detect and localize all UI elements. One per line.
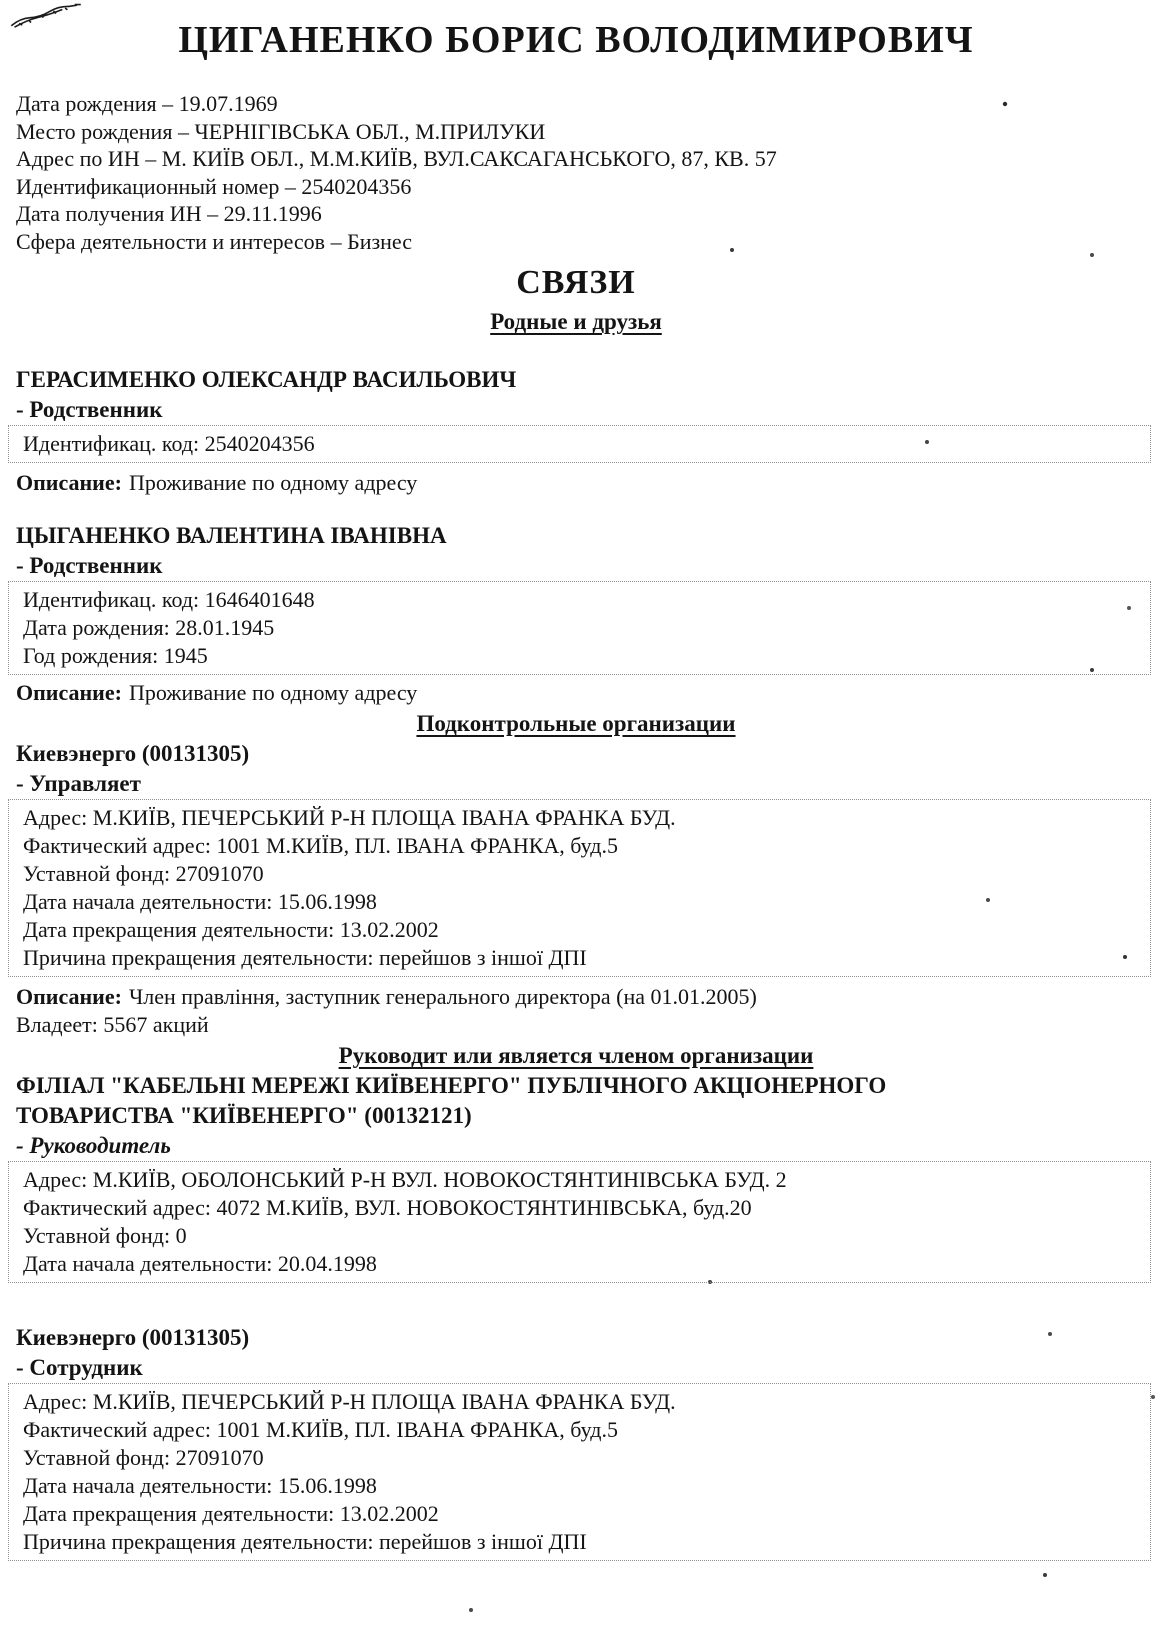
relative-description: Описание:Проживание по одному адресу — [16, 679, 1136, 707]
relatives-subheading: Родные и друзья — [16, 307, 1136, 337]
relative-details-box: Идентификац. код: 2540204356 — [8, 425, 1151, 463]
info-birth-date: Дата рождения – 19.07.1969 — [16, 90, 1136, 118]
description-text: Проживание по одному адресу — [129, 680, 417, 705]
org-role: - Сотрудник — [16, 1353, 1136, 1383]
detail-line: Год рождения: 1945 — [23, 642, 1146, 670]
relative-name: ЦЫГАНЕНКО ВАЛЕНТИНА ІВАНІВНА — [16, 521, 981, 551]
detail-line: Уставной фонд: 27091070 — [23, 1444, 1146, 1472]
detail-line: Дата начала деятельности: 20.04.1998 — [23, 1250, 1146, 1278]
description-label: Описание: — [16, 680, 122, 705]
relative-relation: - Родственник — [16, 551, 1136, 581]
connections-heading: СВЯЗИ — [16, 263, 1136, 303]
relative-relation: - Родственник — [16, 395, 1136, 425]
relative-details-box: Идентификац. код: 1646401648 Дата рожден… — [8, 581, 1151, 675]
detail-line: Адрес: М.КИЇВ, ПЕЧЕРСЬКИЙ Р-Н ПЛОЩА ІВАН… — [23, 1388, 1146, 1416]
detail-line: Фактический адрес: 1001 М.КИЇВ, ПЛ. ІВАН… — [23, 832, 1146, 860]
member-org-section: Киевэнерго (00131305) - Сотрудник Адрес:… — [16, 1323, 1136, 1561]
detail-line: Дата начала деятельности: 15.06.1998 — [23, 888, 1146, 916]
scan-noise-specks — [0, 0, 2, 2]
controlled-orgs-heading: Подконтрольные организации — [16, 709, 1136, 739]
scanned-document-page: ЦИГАНЕНКО БОРИС ВОЛОДИМИРОВИЧ Дата рожде… — [0, 0, 1176, 1628]
detail-line: Идентификац. код: 2540204356 — [23, 430, 1146, 458]
relative-section: ЦЫГАНЕНКО ВАЛЕНТИНА ІВАНІВНА - Родственн… — [16, 521, 1136, 707]
info-birth-place: Место рождения – ЧЕРНІГІВСЬКА ОБЛ., М.ПР… — [16, 118, 1136, 146]
info-activity-sphere: Сфера деятельности и интересов – Бизнес — [16, 228, 1136, 256]
org-name: Киевэнерго (00131305) — [16, 739, 981, 769]
detail-line: Адрес: М.КИЇВ, ПЕЧЕРСЬКИЙ Р-Н ПЛОЩА ІВАН… — [23, 804, 1146, 832]
description-label: Описание: — [16, 984, 122, 1009]
org-description: Описание:Член правління, заступник генер… — [16, 983, 1136, 1011]
detail-line: Уставной фонд: 27091070 — [23, 860, 1146, 888]
info-id-date: Дата получения ИН – 29.11.1996 — [16, 200, 1136, 228]
detail-line: Фактический адрес: 1001 М.КИЇВ, ПЛ. ІВАН… — [23, 1416, 1146, 1444]
detail-line: Фактический адрес: 4072 М.КИЇВ, ВУЛ. НОВ… — [23, 1194, 1146, 1222]
detail-line: Дата прекращения деятельности: 13.02.200… — [23, 916, 1146, 944]
org-details-box: Адрес: М.КИЇВ, ПЕЧЕРСЬКИЙ Р-Н ПЛОЩА ІВАН… — [8, 1383, 1151, 1561]
controlled-org-section: Киевэнерго (00131305) - Управляет Адрес:… — [16, 739, 1136, 1039]
detail-line: Адрес: М.КИЇВ, ОБОЛОНСЬКИЙ Р-Н ВУЛ. НОВО… — [23, 1166, 1146, 1194]
detail-line: Дата начала деятельности: 15.06.1998 — [23, 1472, 1146, 1500]
org-role: - Управляет — [16, 769, 1136, 799]
relative-description: Описание:Проживание по одному адресу — [16, 469, 1136, 497]
detail-line: Причина прекращения деятельности: перейш… — [23, 944, 1146, 972]
relative-section: ГЕРАСИМЕНКО ОЛЕКСАНДР ВАСИЛЬОВИЧ - Родст… — [16, 365, 1136, 497]
detail-line: Идентификац. код: 1646401648 — [23, 586, 1146, 614]
detail-line: Дата рождения: 28.01.1945 — [23, 614, 1146, 642]
document-content: ЦИГАНЕНКО БОРИС ВОЛОДИМИРОВИЧ Дата рожде… — [0, 18, 1176, 1561]
org-role: - Руководитель — [16, 1131, 1136, 1161]
info-id-number: Идентификационный номер – 2540204356 — [16, 173, 1136, 201]
description-text: Член правління, заступник генерального д… — [129, 984, 757, 1009]
detail-line: Уставной фонд: 0 — [23, 1222, 1146, 1250]
org-name: Киевэнерго (00131305) — [16, 1323, 981, 1353]
description-label: Описание: — [16, 470, 122, 495]
description-text: Проживание по одному адресу — [129, 470, 417, 495]
org-name: ФІЛІАЛ "КАБЕЛЬНІ МЕРЕЖІ КИЇВЕНЕРГО" ПУБЛ… — [16, 1071, 981, 1131]
detail-line: Дата прекращения деятельности: 13.02.200… — [23, 1500, 1146, 1528]
org-details-box: Адрес: М.КИЇВ, ПЕЧЕРСЬКИЙ Р-Н ПЛОЩА ІВАН… — [8, 799, 1151, 977]
member-orgs-heading: Руководит или является членом организаци… — [16, 1041, 1136, 1071]
org-details-box: Адрес: М.КИЇВ, ОБОЛОНСЬКИЙ Р-Н ВУЛ. НОВО… — [8, 1161, 1151, 1283]
relative-name: ГЕРАСИМЕНКО ОЛЕКСАНДР ВАСИЛЬОВИЧ — [16, 365, 981, 395]
detail-line: Причина прекращения деятельности: перейш… — [23, 1528, 1146, 1556]
org-shares-owned: Владеет: 5567 акций — [16, 1011, 1136, 1039]
subject-info-block: Дата рождения – 19.07.1969 Место рождени… — [16, 90, 1136, 255]
member-org-section: ФІЛІАЛ "КАБЕЛЬНІ МЕРЕЖІ КИЇВЕНЕРГО" ПУБЛ… — [16, 1071, 1136, 1283]
info-address: Адрес по ИН – М. КИЇВ ОБЛ., М.М.КИЇВ, ВУ… — [16, 145, 1136, 173]
page-title: ЦИГАНЕНКО БОРИС ВОЛОДИМИРОВИЧ — [46, 18, 1106, 62]
